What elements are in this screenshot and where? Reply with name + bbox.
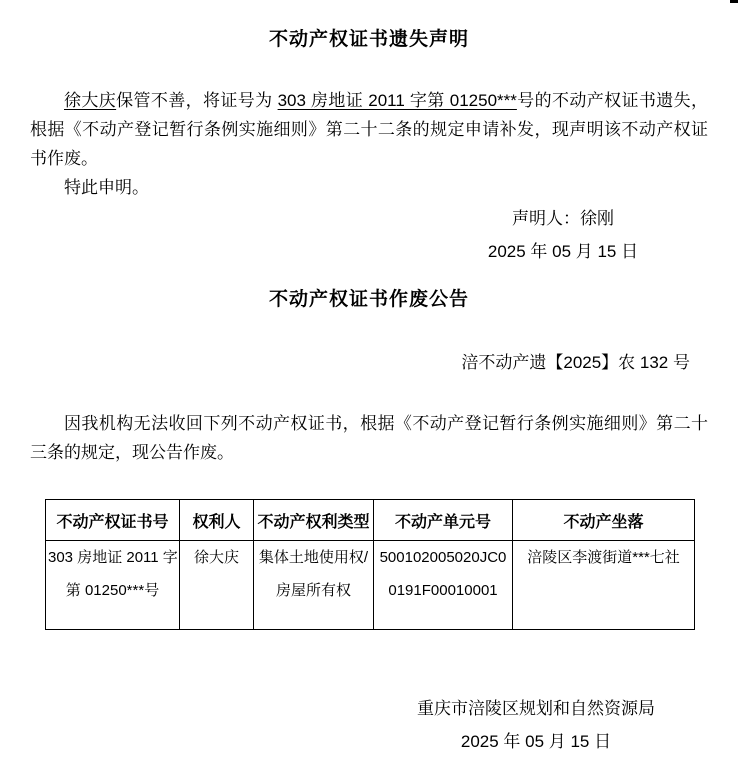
header-right-type: 不动产权利类型	[254, 500, 374, 541]
certificate-number-line-1: 303 房地证 2011 字	[48, 541, 177, 574]
closing-statement: 特此申明。	[30, 173, 708, 202]
declaration-date: 2025 年 05 月 15 日	[418, 235, 708, 268]
cell-unit-number: 500102005020JC0 0191F00010001	[374, 541, 513, 630]
header-certificate-number: 不动产权证书号	[46, 500, 180, 541]
holder-name-underlined: 徐大庆	[64, 91, 116, 110]
location-text: 涪陵区李渡街道***七社	[515, 541, 692, 574]
right-type-line-1: 集体土地使用权/	[256, 541, 371, 574]
cell-right-type: 集体土地使用权/ 房屋所有权	[254, 541, 374, 630]
document-page: 不动产权证书遗失声明 徐大庆保管不善，将证号为 303 房地证 2011 字第 …	[0, 0, 738, 776]
cell-location: 涪陵区李渡街道***七社	[513, 541, 695, 630]
unit-number-line-2: 0191F00010001	[376, 574, 510, 607]
loss-declaration-paragraph: 徐大庆保管不善，将证号为 303 房地证 2011 字第 01250***号的不…	[30, 86, 708, 173]
header-unit-number: 不动产单元号	[374, 500, 513, 541]
declaration-signature-block: 声明人：徐刚 2025 年 05 月 15 日	[418, 202, 708, 268]
holder-name: 徐大庆	[182, 541, 251, 574]
declarant-line: 声明人：徐刚	[418, 202, 708, 235]
corner-artifact	[730, 0, 738, 3]
invalidation-notice-paragraph: 因我机构无法收回下列不动产权证书，根据《不动产登记暂行条例实施细则》第二十三条的…	[30, 409, 708, 467]
unit-number-line-1: 500102005020JC0	[376, 541, 510, 574]
loss-declaration-title: 不动产权证书遗失声明	[30, 26, 708, 54]
cell-certificate-number: 303 房地证 2011 字 第 01250***号	[46, 541, 180, 630]
right-type-line-2: 房屋所有权	[256, 574, 371, 607]
table-header-row: 不动产权证书号 权利人 不动产权利类型 不动产单元号 不动产坐落	[46, 500, 695, 541]
certificate-number-line-2: 第 01250***号	[48, 574, 177, 607]
notice-doc-number: 涪不动产遗【2025】农 132 号	[30, 348, 690, 377]
paragraph-text-after-name: 保管不善，将证号为	[116, 91, 277, 110]
certificates-table: 不动产权证书号 权利人 不动产权利类型 不动产单元号 不动产坐落 303 房地证…	[45, 499, 695, 630]
issuer-name: 重庆市涪陵区规划和自然资源局	[391, 692, 681, 725]
table-data-row: 303 房地证 2011 字 第 01250***号 徐大庆 集体土地使用权/ …	[46, 541, 695, 630]
header-holder: 权利人	[180, 500, 254, 541]
cell-holder: 徐大庆	[180, 541, 254, 630]
notice-signature-block: 重庆市涪陵区规划和自然资源局 2025 年 05 月 15 日	[391, 692, 681, 758]
notice-date: 2025 年 05 月 15 日	[391, 725, 681, 758]
header-location: 不动产坐落	[513, 500, 695, 541]
invalidation-notice-title: 不动产权证书作废公告	[30, 286, 708, 314]
certificate-number-underlined: 303 房地证 2011 字第 01250***	[278, 91, 517, 110]
